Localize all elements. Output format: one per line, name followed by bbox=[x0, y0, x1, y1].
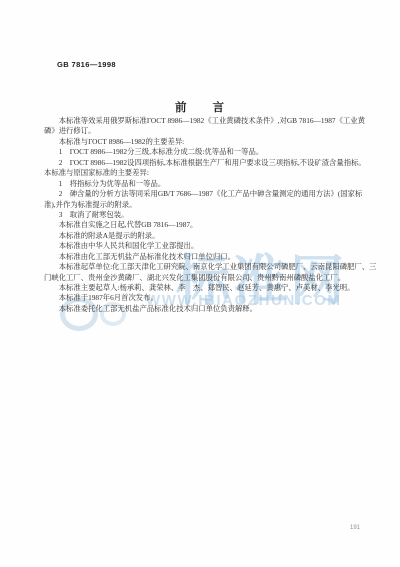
text-line: 本标准由中华人民共和国化学工业部提出。 bbox=[44, 241, 392, 251]
text-line: 本标准于1987年6月首次发布。 bbox=[44, 293, 392, 303]
text-line: 本标准等效采用俄罗斯标准ГОСТ 8986—1982《工业黄磷技术条件》,对GB… bbox=[44, 116, 392, 126]
text-line: 本标准的附录A是提示的附录。 bbox=[44, 231, 392, 241]
text-line: 2 ГОСТ 8986—1982设四项指标,本标准根据生产厂和用户要求设三项指标… bbox=[44, 158, 392, 168]
text-line: 2 砷含量的分析方法等同采用GB/T 7686—1987《化工产品中砷含量测定的… bbox=[44, 189, 392, 199]
text-line: 磷》进行修订。 bbox=[44, 126, 392, 136]
text-line: 本标准起草单位:化工部天津化工研究院、南京化学工业集团有限公司磷肥厂、云南昆阳磷… bbox=[44, 262, 392, 272]
text-line: 本标准与原国家标准的主要差异: bbox=[44, 168, 392, 178]
text-line: 本标准委托化工部无机盐产品标准化技术归口单位负责解释。 bbox=[44, 304, 392, 314]
page-number: 191 bbox=[350, 525, 360, 531]
text-line: 1 ГОСТ 8986—1982分三级,本标准分成二级:优等品和一等品。 bbox=[44, 147, 392, 157]
text-line: 1 将指标分为优等品和一等品。 bbox=[44, 179, 392, 189]
text-line: 门峡化工厂、贵州金沙黄磷厂、湖北兴发化工集团股份有限公司、贵州黔南州磷酸盐化工厂… bbox=[44, 273, 392, 283]
foreword-body-text: 本标准等效采用俄罗斯标准ГОСТ 8986—1982《工业黄磷技术条件》,对GB… bbox=[44, 116, 392, 314]
text-line: 本标准与ГОСТ 8986—1982的主要差异: bbox=[44, 137, 392, 147]
page-title: 前 言 bbox=[0, 99, 400, 115]
text-line: 准),并作为标准提示的附录。 bbox=[44, 200, 392, 210]
standard-code-header: GB 7816—1998 bbox=[57, 60, 116, 69]
text-line: 本标准主要起草人:杨承莉、龚荣林、李 杰、郑智民、赵延芳、黄惠宁、卢美材、李光明… bbox=[44, 283, 392, 293]
text-line: 3 取消了耐寒包装。 bbox=[44, 210, 392, 220]
text-line: 本标准自实施之日起,代替GB 7816—1987。 bbox=[44, 220, 392, 230]
scanned-document-page: GB 7816—1998 前 言 标准网 WWW.IBIAOZHUN.COM 本… bbox=[0, 0, 400, 567]
text-line: 本标准由化工部无机盐产品标准化技术归口单位归口。 bbox=[44, 252, 392, 262]
